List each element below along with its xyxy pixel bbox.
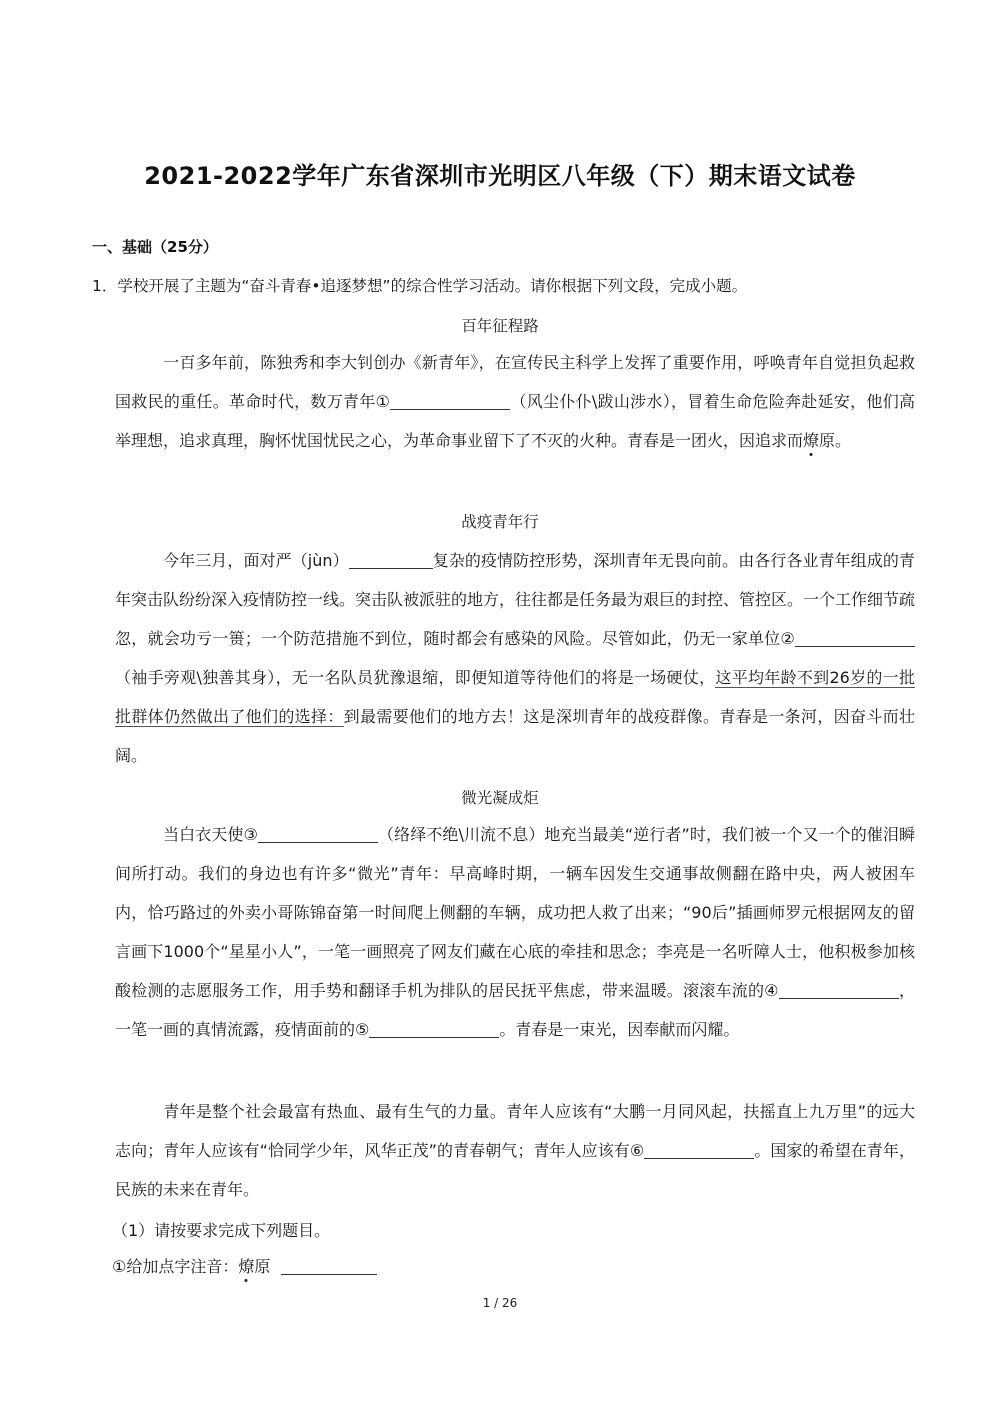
- paragraph-4: 青年是整个社会最富有热血、最有生气的力量。青年人应该有“大鹏一月同风起，扶摇直上…: [115, 1092, 915, 1209]
- paragraph-1-text-c: 原。: [819, 431, 851, 450]
- answer-blank-1[interactable]: [390, 391, 510, 410]
- sub-item-suffix: 原: [254, 1257, 270, 1276]
- document-title: 2021-2022学年广东省深圳市光明区八年级（下）期末语文试卷: [0, 156, 1000, 191]
- answer-blank-4[interactable]: [779, 980, 899, 999]
- question-intro: 1．学校开展了主题为“奋斗青春•追逐梦想”的综合性学习活动。请你根据下列文段，完…: [92, 274, 747, 296]
- exam-page: 2021-2022学年广东省深圳市光明区八年级（下）期末语文试卷 一、基础（25…: [0, 0, 1000, 1414]
- paragraph-3-text-a: 当白衣天使③: [163, 825, 258, 844]
- paragraph-3: 当白衣天使③（络绎不绝\川流不息）地充当最美“逆行者”时，我们被一个又一个的催泪…: [115, 815, 915, 1049]
- answer-blank-6[interactable]: [644, 1140, 754, 1159]
- section-heading: 一、基础（25分）: [92, 236, 218, 257]
- paragraph-3-text-b: （络绎不绝\川流不息）地充当最美“逆行者”时，我们被一个又一个的催泪瞬间所打动。…: [115, 825, 915, 1000]
- emphasis-dotted-char: 燎: [238, 1257, 254, 1276]
- emphasis-dotted-char: 燎: [803, 431, 819, 450]
- paragraph-2-text-a: 今年三月，面对严（jùn）: [163, 551, 349, 570]
- paragraph-1: 一百多年前，陈独秀和李大钊创办《新青年》，在宣传民主科学上发挥了重要作用，呼唤青…: [115, 343, 915, 460]
- answer-blank-3[interactable]: [258, 824, 378, 843]
- answer-blank-pinyin[interactable]: [349, 550, 433, 569]
- sub-item-prefix: ①给加点字注音：: [112, 1257, 238, 1276]
- sub-question: （1）请按要求完成下列题目。: [112, 1218, 330, 1241]
- answer-blank-2[interactable]: [795, 628, 915, 647]
- sub-item-1: ①给加点字注音：燎原: [112, 1254, 377, 1277]
- paragraph-3-text-d: 。青春是一束光，因奉献而闪耀。: [499, 1020, 739, 1039]
- answer-blank-5[interactable]: [369, 1019, 499, 1038]
- part-heading-3: 微光凝成炬: [0, 786, 1000, 808]
- page-number: 1 / 26: [0, 1296, 1000, 1310]
- part-heading-1: 百年征程路: [0, 314, 1000, 336]
- answer-blank-pronunciation[interactable]: [281, 1256, 377, 1275]
- paragraph-2: 今年三月，面对严（jùn）复杂的疫情防控形势，深圳青年无畏向前。由各行各业青年组…: [115, 541, 915, 775]
- paragraph-2-text-c: （袖手旁观\独善其身），无一名队员犹豫退缩，即便知道等待他们的将是一场硬仗，: [115, 668, 715, 687]
- part-heading-2: 战疫青年行: [0, 510, 1000, 532]
